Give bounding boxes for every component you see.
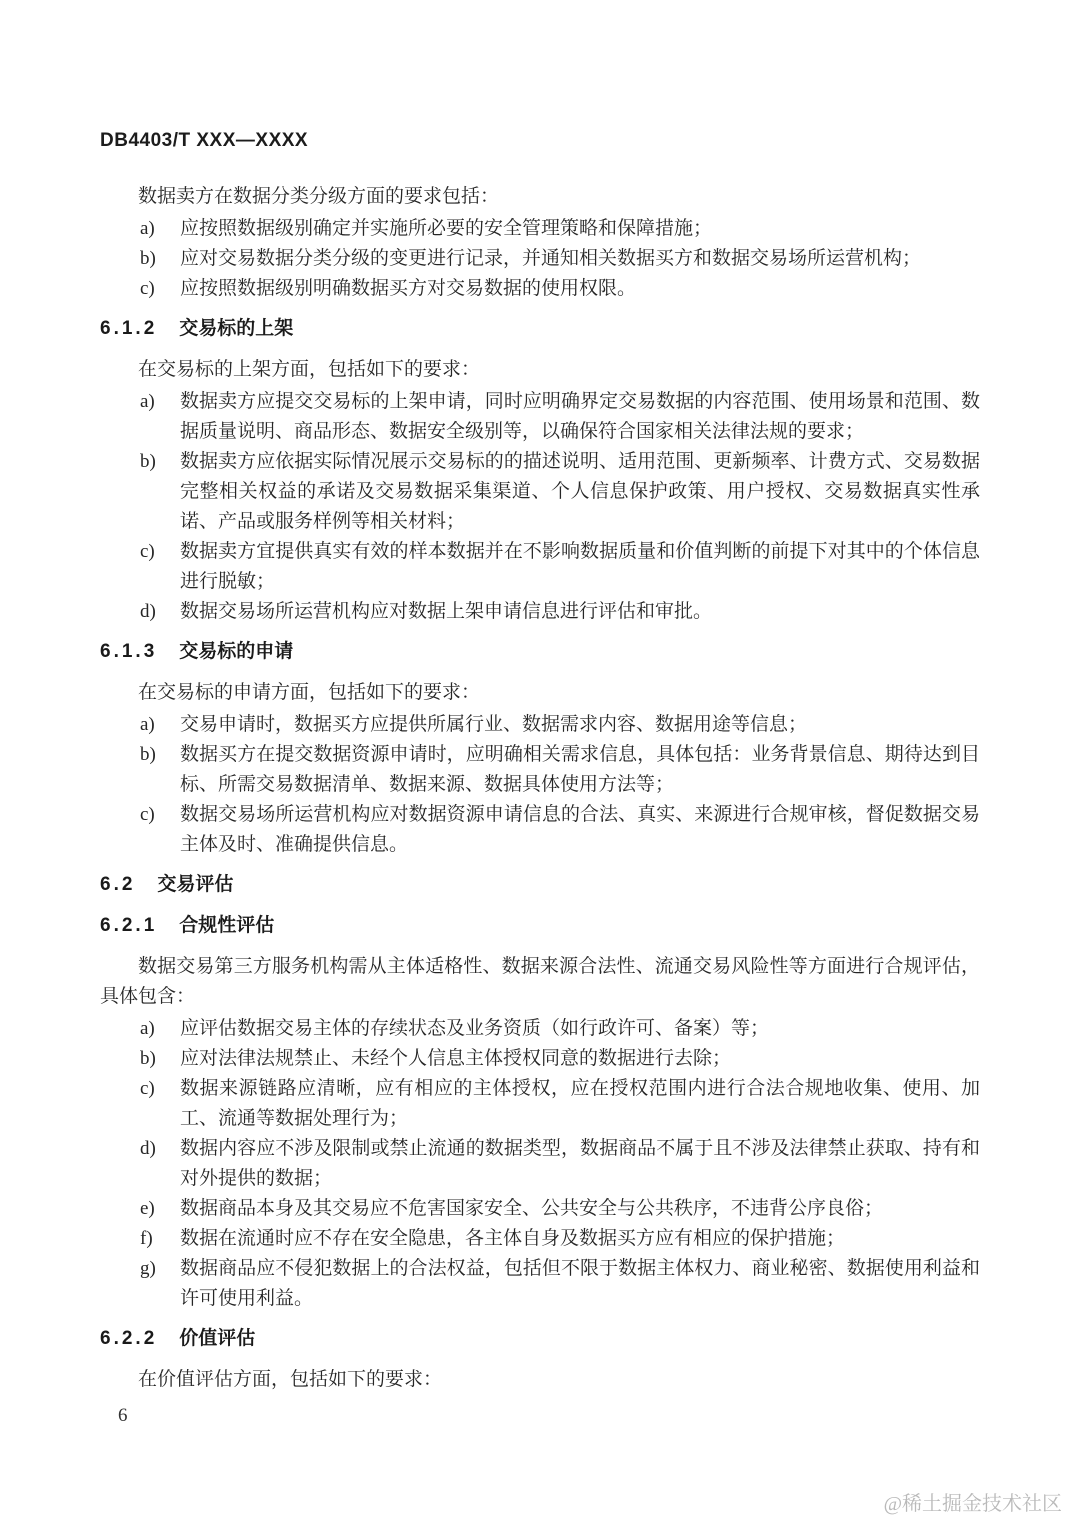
heading-title: 交易评估 [157,874,233,895]
list-item-label: b) [140,1044,156,1074]
section-heading-612: 6.1.2交易标的上架 [100,314,980,344]
list-item-label: a) [140,214,155,244]
section-heading-621: 6.2.1合规性评估 [100,911,980,941]
list-item-label: e) [140,1194,155,1224]
list-item: c) 应按照数据级别明确数据买方对交易数据的使用权限。 [100,274,980,304]
heading-title: 交易标的上架 [179,318,293,339]
list-item-label: b) [140,740,156,770]
list-item-text: 应对法律法规禁止、未经个人信息主体授权同意的数据进行去除； [180,1048,731,1069]
ordered-list: a) 数据卖方应提交交易标的上架申请，同时应明确界定交易数据的内容范围、使用场景… [100,387,980,627]
list-item-text: 数据卖方宜提供真实有效的样本数据并在不影响数据质量和价值判断的前提下对其中的个体… [180,541,980,592]
list-item: a) 应按照数据级别确定并实施所必要的安全管理策略和保障措施； [100,214,980,244]
doc-code: DB4403/T XXX—XXXX [100,130,980,152]
list-item-text: 数据商品应不侵犯数据上的合法权益，包括但不限于数据主体权力、商业秘密、数据使用利… [180,1258,980,1309]
list-item-label: c) [140,537,155,567]
list-item-text: 数据交易场所运营机构应对数据资源申请信息的合法、真实、来源进行合规审核，督促数据… [180,804,980,855]
watermark: @稀土掘金技术社区 [884,1487,1062,1516]
list-item: b) 数据卖方应依据实际情况展示交易标的的描述说明、适用范围、更新频率、计费方式… [100,447,980,537]
paragraph: 在交易标的上架方面，包括如下的要求： [100,355,980,385]
list-item-text: 应按照数据级别明确数据买方对交易数据的使用权限。 [180,278,636,299]
section-heading-62: 6.2交易评估 [100,870,980,900]
list-item: b) 应对交易数据分类分级的变更进行记录，并通知相关数据买方和数据交易场所运营机… [100,244,980,274]
paragraph: 在交易标的申请方面，包括如下的要求： [100,678,980,708]
list-item-label: b) [140,447,156,477]
ordered-list: a) 应按照数据级别确定并实施所必要的安全管理策略和保障措施； b) 应对交易数… [100,214,980,304]
list-item-text: 数据交易场所运营机构应对数据上架申请信息进行评估和审批。 [180,601,712,622]
list-item: c) 数据交易场所运营机构应对数据资源申请信息的合法、真实、来源进行合规审核，督… [100,800,980,860]
heading-number: 6.2.1 [100,915,157,936]
list-item: b) 数据买方在提交数据资源申请时，应明确相关需求信息，具体包括：业务背景信息、… [100,740,980,800]
list-item-label: a) [140,710,155,740]
heading-title: 价值评估 [179,1328,255,1349]
list-item: a) 应评估数据交易主体的存续状态及业务资质（如行政许可、备案）等； [100,1014,980,1044]
list-item-text: 应按照数据级别确定并实施所必要的安全管理策略和保障措施； [180,218,712,239]
list-item-label: a) [140,1014,155,1044]
list-item: f) 数据在流通时应不存在安全隐患，各主体自身及数据买方应有相应的保护措施； [100,1224,980,1254]
list-item-text: 数据内容应不涉及限制或禁止流通的数据类型，数据商品不属于且不涉及法律禁止获取、持… [180,1138,980,1189]
paragraph: 数据卖方在数据分类分级方面的要求包括： [100,182,980,212]
list-item: c) 数据来源链路应清晰，应有相应的主体授权，应在授权范围内进行合法合规地收集、… [100,1074,980,1134]
heading-title: 交易标的申请 [179,641,293,662]
list-item: c) 数据卖方宜提供真实有效的样本数据并在不影响数据质量和价值判断的前提下对其中… [100,537,980,597]
section-heading-613: 6.1.3交易标的申请 [100,637,980,667]
list-item: e) 数据商品本身及其交易应不危害国家安全、公共安全与公共秩序，不违背公序良俗； [100,1194,980,1224]
list-item-label: g) [140,1254,156,1284]
ordered-list: a) 应评估数据交易主体的存续状态及业务资质（如行政许可、备案）等； b) 应对… [100,1014,980,1314]
list-item-label: b) [140,244,156,274]
page-number: 6 [118,1401,980,1431]
list-item-text: 应评估数据交易主体的存续状态及业务资质（如行政许可、备案）等； [180,1018,769,1039]
list-item-label: f) [140,1224,153,1254]
list-item: b) 应对法律法规禁止、未经个人信息主体授权同意的数据进行去除； [100,1044,980,1074]
list-item-label: c) [140,274,155,304]
list-item-text: 数据商品本身及其交易应不危害国家安全、公共安全与公共秩序，不违背公序良俗； [180,1198,883,1219]
list-item-label: c) [140,800,155,830]
list-item: d) 数据内容应不涉及限制或禁止流通的数据类型，数据商品不属于且不涉及法律禁止获… [100,1134,980,1194]
list-item-label: d) [140,597,156,627]
list-item: a) 数据卖方应提交交易标的上架申请，同时应明确界定交易数据的内容范围、使用场景… [100,387,980,447]
list-item-label: d) [140,1134,156,1164]
list-item-text: 数据卖方应提交交易标的上架申请，同时应明确界定交易数据的内容范围、使用场景和范围… [180,391,980,442]
paragraph: 在价值评估方面，包括如下的要求： [100,1365,980,1395]
list-item-text: 数据在流通时应不存在安全隐患，各主体自身及数据买方应有相应的保护措施； [180,1228,845,1249]
list-item: a) 交易申请时，数据买方应提供所属行业、数据需求内容、数据用途等信息； [100,710,980,740]
section-heading-622: 6.2.2价值评估 [100,1324,980,1354]
list-item: d) 数据交易场所运营机构应对数据上架申请信息进行评估和审批。 [100,597,980,627]
heading-number: 6.2 [100,874,135,895]
list-item-text: 数据卖方应依据实际情况展示交易标的的描述说明、适用范围、更新频率、计费方式、交易… [180,451,980,532]
document-page: DB4403/T XXX—XXXX 数据卖方在数据分类分级方面的要求包括： a)… [0,0,1080,1528]
heading-title: 合规性评估 [179,915,274,936]
list-item: g) 数据商品应不侵犯数据上的合法权益，包括但不限于数据主体权力、商业秘密、数据… [100,1254,980,1314]
list-item-text: 应对交易数据分类分级的变更进行记录，并通知相关数据买方和数据交易场所运营机构； [180,248,921,269]
paragraph: 数据交易第三方服务机构需从主体适格性、数据来源合法性、流通交易风险性等方面进行合… [100,952,980,1012]
list-item-label: a) [140,387,155,417]
ordered-list: a) 交易申请时，数据买方应提供所属行业、数据需求内容、数据用途等信息； b) … [100,710,980,860]
list-item-text: 数据买方在提交数据资源申请时，应明确相关需求信息，具体包括：业务背景信息、期待达… [180,744,980,795]
list-item-text: 数据来源链路应清晰，应有相应的主体授权，应在授权范围内进行合法合规地收集、使用、… [180,1078,980,1129]
heading-number: 6.1.2 [100,318,157,339]
list-item-text: 交易申请时，数据买方应提供所属行业、数据需求内容、数据用途等信息； [180,714,807,735]
heading-number: 6.1.3 [100,641,157,662]
heading-number: 6.2.2 [100,1328,157,1349]
list-item-label: c) [140,1074,155,1104]
